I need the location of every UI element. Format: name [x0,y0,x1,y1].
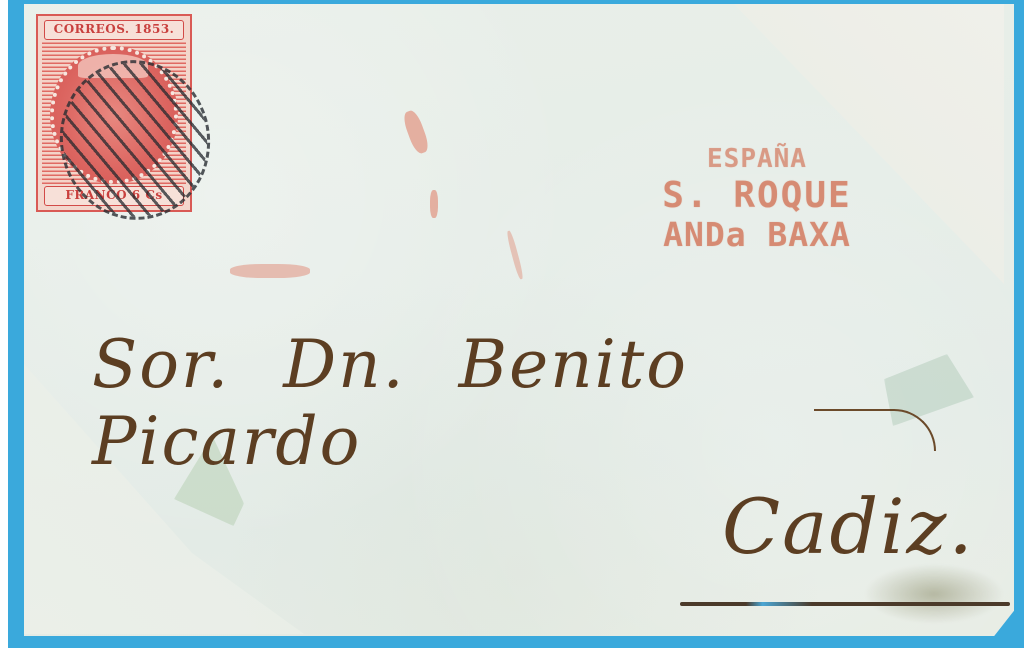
address-honorific: Dn. [283,326,405,403]
address-surname: Picardo [92,403,361,480]
grid-cancellation-mark [47,48,223,232]
postmark-line-2: S. ROQUE [642,176,872,216]
address-first-name: Benito [459,326,688,403]
envelope-front: CORREOS. 1853. FRANCO 6 Cs ESPAÑA S. ROQ… [24,4,1014,636]
red-smudge [430,190,438,218]
red-postmark: ESPAÑA S. ROQUE ANDa BAXA [642,144,872,254]
city-underline [680,602,1010,606]
stamp-top-label: CORREOS. 1853. [44,20,184,40]
address-city: Cadiz. [722,482,975,571]
red-smudge [230,264,310,278]
address-title: Sor. [92,326,230,403]
stain-bottom [864,564,1004,624]
address-line-1: Sor. Dn. Benito Picardo [92,326,1014,480]
cancellation-bars [51,52,220,229]
postmark-line-3: ANDa BAXA [642,216,872,254]
postmark-line-1: ESPAÑA [642,144,872,174]
